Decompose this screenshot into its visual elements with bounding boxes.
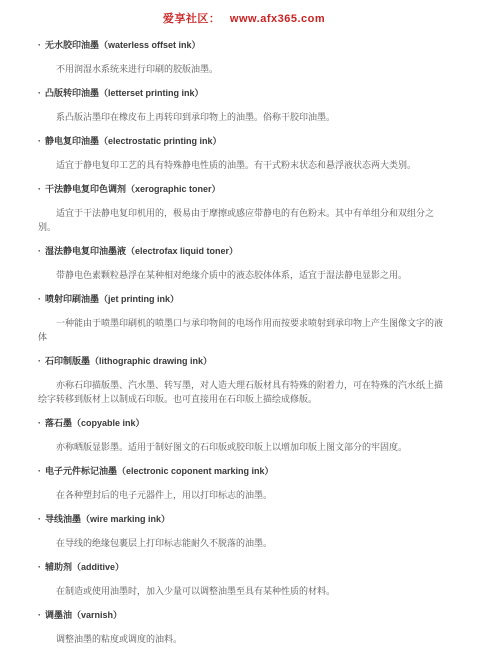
term-title: ·无水胶印油墨（waterless offset ink）	[38, 38, 450, 52]
term-definition: 在制造或使用油墨时，加入少量可以调整油墨至具有某种性质的材料。	[38, 584, 450, 598]
term-title-text: 干法静电复印色调剂（xerographic toner）	[45, 184, 221, 194]
list-item: ·静电复印油墨（electrostatic printing ink） 适宜于静…	[38, 134, 450, 172]
list-item: ·干法静电复印色调剂（xerographic toner） 适宜于干法静电复印机…	[38, 182, 450, 234]
list-item: ·石印制版墨（lithographic drawing ink） 亦称石印描版墨…	[38, 354, 450, 406]
term-title: ·静电复印油墨（electrostatic printing ink）	[38, 134, 450, 148]
term-title-text: 喷射印刷油墨（jet printing ink）	[45, 294, 179, 304]
term-definition: 调整油墨的粘度或调度的油料。	[38, 632, 450, 646]
term-definition: 在导线的绝缘包裹层上打印标志能耐久不脱落的油墨。	[38, 536, 450, 550]
term-title-text: 凸版转印油墨（letterset printing ink）	[45, 88, 204, 98]
term-definition: 带静电色素颗粒悬浮在某种相对绝缘介质中的液态胶体体系，适宜于湿法静电显影之用。	[38, 268, 450, 282]
site-name: 爱享社区：	[163, 13, 221, 25]
term-definition: 亦称石印描版墨、汽水墨、转写墨，对人造大理石版材具有特殊的附着力，可在特殊的汽水…	[38, 378, 450, 406]
term-title: ·石印制版墨（lithographic drawing ink）	[38, 354, 450, 368]
site-url-link[interactable]: www.afx365.com	[230, 13, 325, 25]
list-item: ·无水胶印油墨（waterless offset ink） 不用润湿水系统来进行…	[38, 38, 450, 76]
list-item: ·辅助剂（additive） 在制造或使用油墨时，加入少量可以调整油墨至具有某种…	[38, 560, 450, 598]
list-item: ·调墨油（varnish） 调整油墨的粘度或调度的油料。	[38, 608, 450, 646]
term-title: ·调墨油（varnish）	[38, 608, 450, 622]
bullet-icon: ·	[38, 38, 41, 52]
document-page: 爱享社区： www.afx365.com ·无水胶印油墨（waterless o…	[0, 0, 480, 651]
term-definition: 在各种塑封后的电子元器件上，用以打印标志的油墨。	[38, 488, 450, 502]
list-item: ·喷射印刷油墨（jet printing ink） 一种能由于喷墨印刷机的喷墨口…	[38, 292, 450, 344]
term-title-text: 静电复印油墨（electrostatic printing ink）	[45, 136, 222, 146]
term-definition: 适宜于干法静电复印机用的，极易由于摩擦或感应带静电的有色粉末。其中有单组分和双组…	[38, 206, 450, 234]
term-title: ·喷射印刷油墨（jet printing ink）	[38, 292, 450, 306]
list-item: ·电子元件标记油墨（electronic coponent marking in…	[38, 464, 450, 502]
term-title-text: 落石墨（copyable ink）	[45, 418, 145, 428]
bullet-icon: ·	[38, 354, 41, 368]
term-definition: 亦称晒版显影墨。适用于制好图文的石印版或胶印版上以增加印版上图文部分的牢固度。	[38, 440, 450, 454]
term-title-text: 湿法静电复印油墨液（electrofax liquid toner）	[45, 246, 238, 256]
term-definition: 系凸版沾墨印在橡皮布上再转印到承印物上的油墨。俗称干胶印油墨。	[38, 110, 450, 124]
list-item: ·落石墨（copyable ink） 亦称晒版显影墨。适用于制好图文的石印版或胶…	[38, 416, 450, 454]
term-title: ·凸版转印油墨（letterset printing ink）	[38, 86, 450, 100]
term-title: ·落石墨（copyable ink）	[38, 416, 450, 430]
term-title: ·辅助剂（additive）	[38, 560, 450, 574]
term-title-text: 导线油墨（wire marking ink）	[45, 514, 170, 524]
term-definition: 适宜于静电复印工艺的具有特殊静电性质的油墨。有干式粉末状态和悬浮液状态两大类别。	[38, 158, 450, 172]
term-title-text: 无水胶印油墨（waterless offset ink）	[45, 40, 201, 50]
term-title: ·导线油墨（wire marking ink）	[38, 512, 450, 526]
bullet-icon: ·	[38, 608, 41, 622]
term-definition: 不用润湿水系统来进行印刷的胶版油墨。	[38, 62, 450, 76]
term-title: ·干法静电复印色调剂（xerographic toner）	[38, 182, 450, 196]
term-title-text: 辅助剂（additive）	[45, 562, 124, 572]
ink-term-list: ·无水胶印油墨（waterless offset ink） 不用润湿水系统来进行…	[38, 38, 450, 646]
term-title: ·电子元件标记油墨（electronic coponent marking in…	[38, 464, 450, 478]
term-title: ·湿法静电复印油墨液（electrofax liquid toner）	[38, 244, 450, 258]
bullet-icon: ·	[38, 134, 41, 148]
bullet-icon: ·	[38, 512, 41, 526]
bullet-icon: ·	[38, 244, 41, 258]
site-header: 爱享社区： www.afx365.com	[38, 10, 450, 26]
list-item: ·导线油墨（wire marking ink） 在导线的绝缘包裹层上打印标志能耐…	[38, 512, 450, 550]
bullet-icon: ·	[38, 292, 41, 306]
list-item: ·湿法静电复印油墨液（electrofax liquid toner） 带静电色…	[38, 244, 450, 282]
term-title-text: 调墨油（varnish）	[45, 610, 122, 620]
term-definition: 一种能由于喷墨印刷机的喷墨口与承印物间的电场作用而按要求喷射到承印物上产生图像文…	[38, 316, 450, 344]
bullet-icon: ·	[38, 464, 41, 478]
list-item: ·凸版转印油墨（letterset printing ink） 系凸版沾墨印在橡…	[38, 86, 450, 124]
term-title-text: 电子元件标记油墨（electronic coponent marking ink…	[45, 466, 274, 476]
bullet-icon: ·	[38, 182, 41, 196]
bullet-icon: ·	[38, 416, 41, 430]
bullet-icon: ·	[38, 86, 41, 100]
term-title-text: 石印制版墨（lithographic drawing ink）	[45, 356, 212, 366]
bullet-icon: ·	[38, 560, 41, 574]
